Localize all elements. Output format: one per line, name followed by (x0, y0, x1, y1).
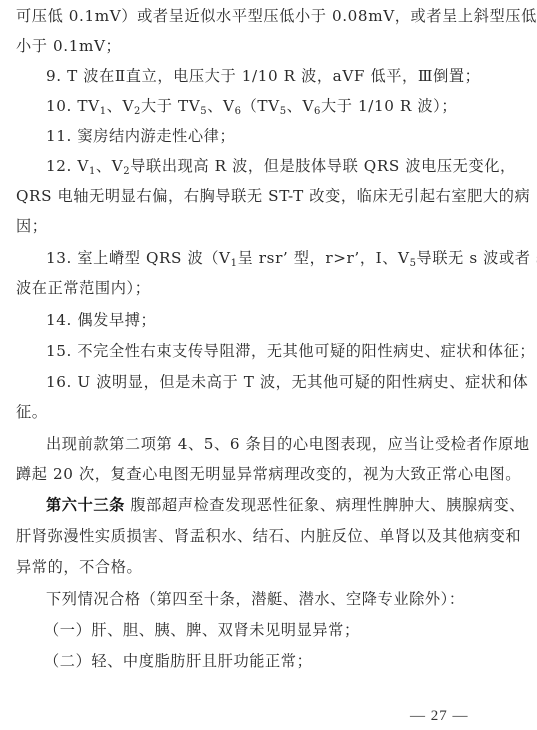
text: 、V (287, 97, 314, 115)
text: 、V (96, 157, 123, 175)
text: （TV (242, 97, 280, 115)
subscript: 5 (280, 106, 287, 117)
text-line: 异常的，不合格。 (16, 557, 142, 577)
list-item-13: 13. 室上嵴型 QRS 波（V1呈 rsr’ 型，r>r’，I、V5导联无 s… (46, 248, 537, 268)
list-item-14: 14. 偶发早搏； (46, 310, 156, 330)
article-63: 第六十三条 腹部超声检查发现恶性征象、病理性脾肿大、胰腺病变、 (46, 495, 525, 515)
sub-item-2: （二）轻、中度脂肪肝且肝功能正常； (44, 651, 312, 671)
text: 、V (207, 97, 234, 115)
text: 13. 室上嵴型 QRS 波（V (46, 249, 231, 267)
text: 导联无 s 波或者 s (417, 249, 537, 267)
text-line: 因； (16, 216, 48, 236)
page-number: — 27 — (410, 706, 469, 726)
text-line: QRS 电轴无明显右偏，右胸导联无 ST-T 改变，临床无引起右室肥大的病 (16, 186, 530, 206)
sub-item-1: （一）肝、胆、胰、脾、双肾未见明显异常； (44, 620, 360, 640)
subscript: 6 (235, 106, 242, 117)
paragraph: 出现前款第二项第 4、5、6 条目的心电图表现，应当让受检者作原地 (46, 434, 530, 454)
text: 腹部超声检查发现恶性征象、病理性脾肿大、胰腺病变、 (125, 496, 525, 514)
text: 呈 rsr’ 型，r>r’，I、V (238, 249, 410, 267)
text-line: 征。 (16, 402, 48, 422)
paragraph: 下列情况合格（第四至十条，潜艇、潜水、空降专业除外）： (46, 589, 465, 609)
list-item-10: 10. TV1、V2大于 TV5、V6（TV5、V6大于 1/10 R 波）； (46, 96, 457, 116)
subscript: 1 (231, 258, 238, 269)
subscript: 1 (89, 166, 96, 177)
text: 10. TV (46, 97, 100, 115)
text-line: 小于 0.1mV； (16, 36, 121, 56)
text: 导联出现高 R 波，但是肢体导联 QRS 波电压无变化， (130, 157, 516, 175)
text: 、V (107, 97, 134, 115)
text-line: 肝肾弥漫性实质损害、肾盂积水、结石、内脏反位、单肾以及其他病变和 (16, 526, 521, 546)
list-item-16: 16. U 波明显，但是未高于 T 波，无其他可疑的阳性病史、症状和体 (46, 372, 528, 392)
list-item-11: 11. 窦房结内游走性心律； (46, 126, 235, 146)
text: 12. V (46, 157, 89, 175)
text: 大于 1/10 R 波）； (321, 97, 457, 115)
text-line: 蹲起 20 次，复查心电图无明显异常病理改变的，视为大致正常心电图。 (16, 464, 521, 484)
text: 大于 TV (141, 97, 200, 115)
subscript: 2 (134, 106, 141, 117)
list-item-12: 12. V1、V2导联出现高 R 波，但是肢体导联 QRS 波电压无变化， (46, 156, 516, 176)
subscript: 5 (410, 258, 417, 269)
document-page: 可压低 0.1mV）或者呈近似水平型压低小于 0.08mV，或者呈上斜型压低 小… (0, 0, 537, 730)
article-heading: 第六十三条 (46, 496, 125, 514)
list-item-9: 9. T 波在Ⅱ直立，电压大于 1/10 R 波，aVF 低平，Ⅲ倒置； (46, 66, 480, 86)
text-line: 波在正常范围内）； (16, 278, 151, 298)
text-line: 可压低 0.1mV）或者呈近似水平型压低小于 0.08mV，或者呈上斜型压低 (16, 6, 537, 26)
list-item-15: 15. 不完全性右束支传导阻滞，无其他可疑的阳性病史、症状和体征； (46, 341, 535, 361)
subscript: 6 (314, 106, 321, 117)
subscript: 1 (100, 106, 107, 117)
